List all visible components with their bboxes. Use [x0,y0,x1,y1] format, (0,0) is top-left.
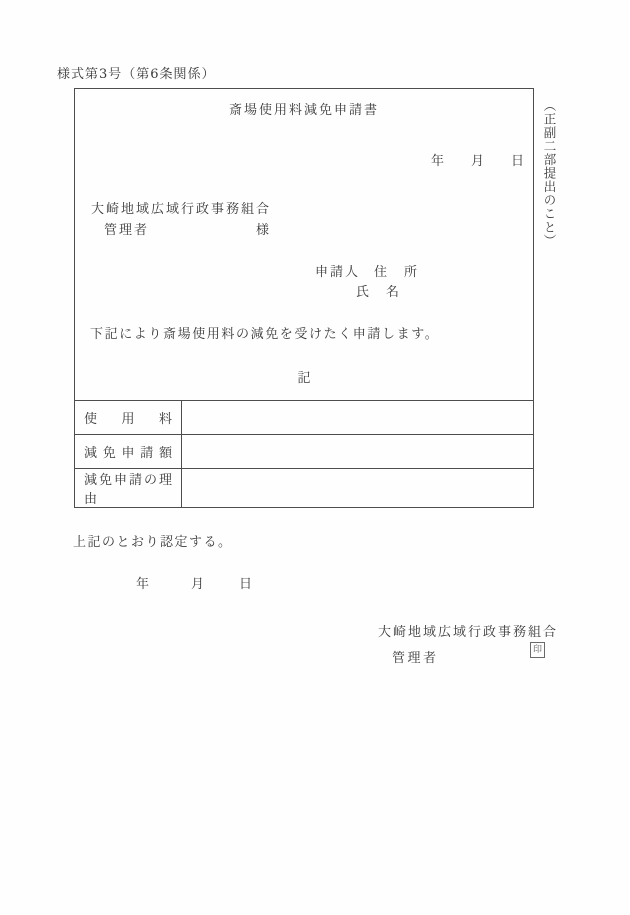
addressee-honorific: 様 [256,219,269,238]
day-label: 日 [511,150,524,169]
addressee-role: 管理者 [104,219,149,238]
year-label: 年 [136,573,149,592]
applicant-name-line: 氏 名 [356,281,401,300]
applicant-address-label: 住 所 [374,261,419,280]
application-body-text: 下記により斎場使用料の減免を受けたく申請します。 [90,323,439,342]
fee-table: 使用料 減免申請額 減免申請の理由 [74,400,534,508]
vertical-submission-note: （正副二部提出のこと） [540,99,558,244]
form-title: 斎場使用料減免申請書 [75,99,533,118]
table-row: 減免申請の理由 [75,468,533,507]
row-label-reduction-reason: 減免申請の理由 [75,469,182,507]
applicant-name-label: 氏 名 [356,285,401,300]
row-label-usage-fee: 使用料 [75,401,182,434]
row-value-usage-fee [182,401,533,434]
month-label: 月 [471,150,484,169]
month-label: 月 [191,573,204,592]
year-label: 年 [431,150,444,169]
ki-heading: 記 [75,367,533,386]
applicant-address-line: 申請人 住 所 [315,261,419,280]
approval-statement: 上記のとおり認定する。 [73,531,233,550]
seal-mark: 印 [530,642,545,658]
day-label: 日 [239,573,252,592]
addressee-organization: 大崎地域広域行政事務組合 [91,198,271,217]
application-form-box: 斎場使用料減免申請書 年 月 日 大崎地域広域行政事務組合 管理者 様 申請人 … [74,88,534,508]
form-number: 様式第3号（第6条関係） [57,63,216,82]
application-date-line: 年 月 日 [431,150,524,169]
row-label-reduction-amount: 減免申請額 [75,435,182,468]
document-page: 様式第3号（第6条関係） 斎場使用料減免申請書 年 月 日 大崎地域広域行政事務… [0,0,630,915]
approver-role: 管理者 [392,647,439,666]
approval-date-line: 年 月 日 [136,573,252,592]
table-row: 減免申請額 [75,434,533,468]
table-row: 使用料 [75,401,533,434]
row-value-reduction-amount [182,435,533,468]
row-value-reduction-reason [182,469,533,507]
approver-organization: 大崎地域広域行政事務組合 [378,621,558,640]
applicant-label: 申請人 [315,261,360,280]
